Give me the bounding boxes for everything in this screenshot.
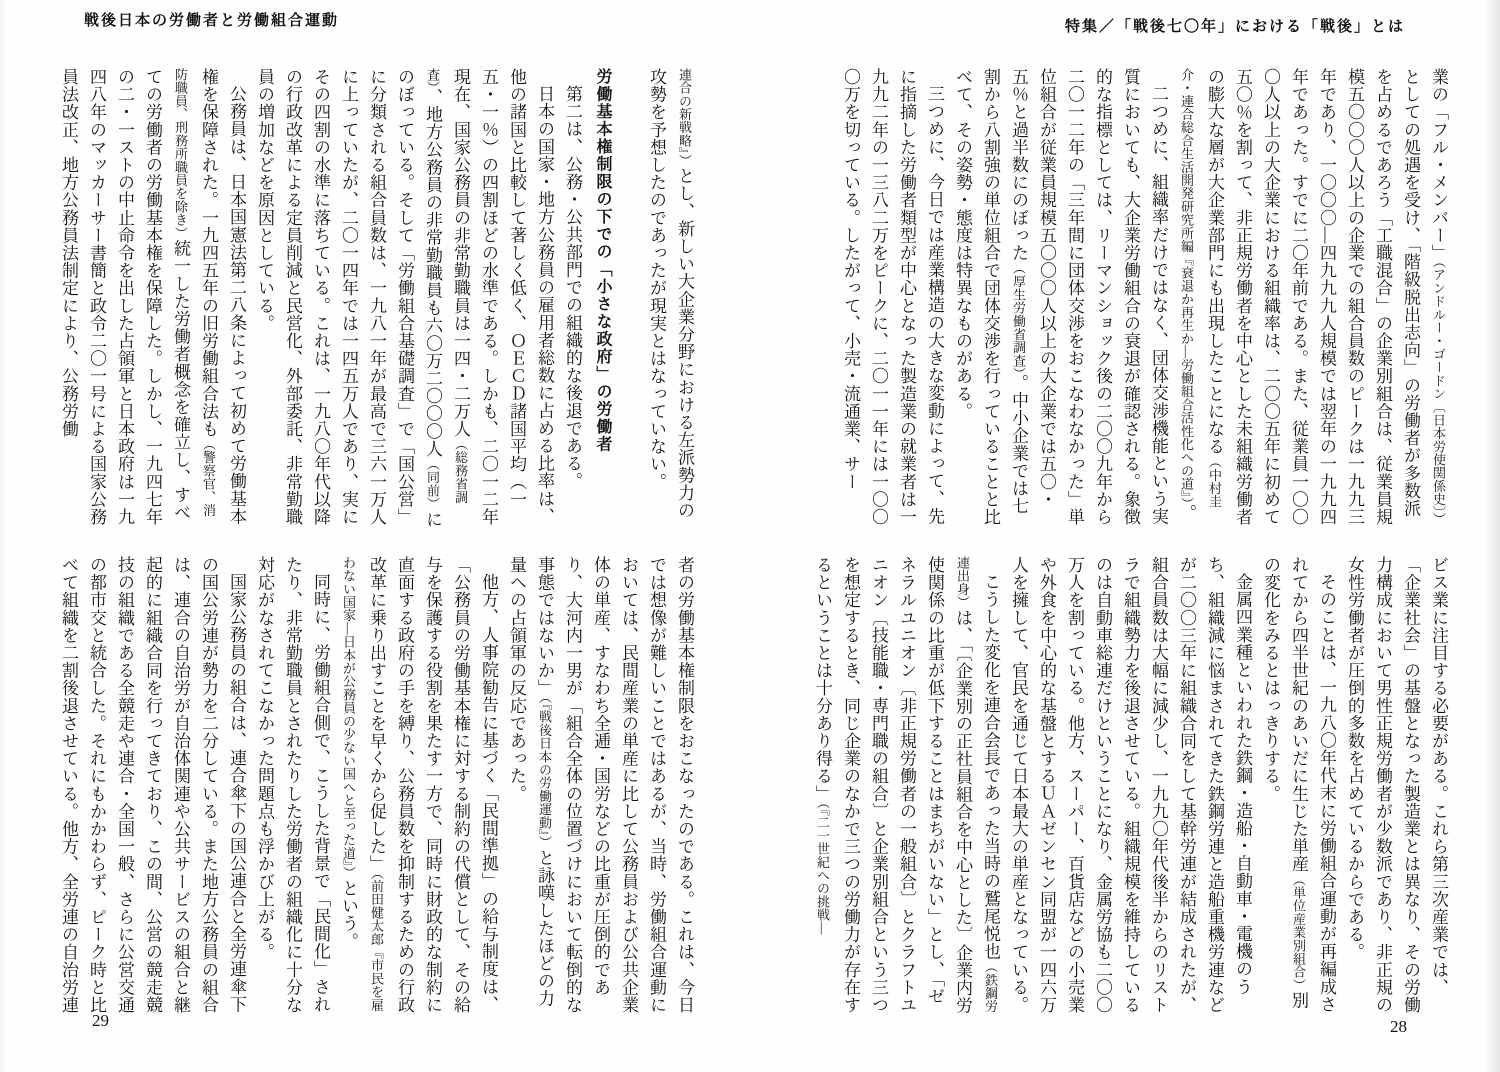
paragraph: 二つめに、組織率だけではなく、団体交渉機能という実質においても、大企業労働組合の… (948, 68, 1172, 528)
text-segment: （同前） (425, 458, 440, 511)
paragraph: そのことは、一九八〇年代末に労働組合運動が再編成されてから四半世紀のあいだに生じ… (1256, 556, 1340, 1016)
paragraph: 金属四業種といわれた鉄鋼・造船・自動車・電機のうち、組織減に悩まされてきた鉄鋼労… (1004, 556, 1256, 1016)
text-segment: 。 (1177, 504, 1196, 522)
right-page-bottom-text-block: ビス業に注目する必要がある。これら第三次産業では、「企業社会」の基盤となった製造… (808, 556, 1452, 1016)
paragraph: 日本の国家・地方公務員の雇用者総数に占める比率は、他の諸国と比較して著しく低く、… (250, 68, 558, 528)
paragraph: ビス業に注目する必要がある。これら第三次産業では、「企業社会」の基盤となった製造… (1340, 556, 1452, 1016)
right-page-top-text-block: 業の「フル・メンバー」（アンドルー・ゴードン〔日本労使関係史〕）としての処遇を受… (836, 68, 1452, 528)
page-edge-shadow-right (1484, 0, 1500, 1072)
text-segment: こうした変化を連合会長であった当時の鷲尾悦也 (981, 573, 1000, 960)
paragraph: 同時に、労働組合側で、こうした背景で「民間化」されたり、非常勤職員とされたりした… (250, 556, 334, 1016)
text-segment: 三つめに、今日では産業構造の大きな変動によって、先に指摘した労働者類型が中心とな… (841, 68, 944, 526)
text-segment: 国家公務員の組合は、連合傘下の国公連合と全労連傘下の国公労連が勢力を二分している… (59, 556, 246, 1014)
running-head-right: 特集／「戦後七〇年」における「戦後」とは (1065, 15, 1405, 36)
text-segment: 二つめに、組織率だけではなく、団体交渉機能という実質においても、大企業労働組合の… (1009, 68, 1168, 526)
text-segment: にのぼっている。そして「労働組合基礎調査」で「国公営」に分類される組合員数は、一… (255, 68, 442, 528)
text-segment: としての処遇を受け、「階級脱出志向」の労働者が多数派を占めるであろう「工職混合」… (1205, 68, 1420, 526)
text-segment: は、「〔企業別の正社員組合を中心とした〕企業内労使関係の比重が低下することはまち… (813, 556, 972, 1014)
paragraph: 国家公務員の組合は、連合傘下の国公連合と全労連傘下の国公労連が勢力を二分している… (54, 556, 250, 1016)
text-segment: （『戦後日本の労働運動』） (537, 697, 552, 849)
page-number-left: 29 (92, 1011, 109, 1031)
paragraph: 他方、人事院勧告に基づく「民間準拠」の給与制度は、「公務員の労働基本権に対する制… (334, 556, 502, 1016)
running-head-left: 戦後日本の労働者と労働組合運動 (84, 9, 339, 30)
text-segment: 統一した労働者概念を確立し、すべての労働者の労働基本権を保障した。しかし、一九四… (59, 68, 190, 526)
paragraph: 者の労働基本権制限をおこなったのである。これは、今日では想像が難しいことではある… (502, 556, 698, 1016)
text-segment: 金属四業種といわれた鉄鋼・造船・自動車・電機のうち、組織減に悩まされてきた鉄鋼労… (1009, 556, 1252, 1014)
text-segment: 同時に、労働組合側で、こうした背景で「民間化」されたり、非常勤職員とされたりした… (255, 556, 330, 1014)
text-segment: 他方、人事院勧告に基づく「民間準拠」の給与制度は、「公務員の労働基本権に対する制… (367, 556, 498, 1014)
text-segment: （『二一世紀への挑戦― (815, 802, 830, 934)
section-heading: 労働基本権制限の下での「小さな政府」の労働者 (588, 68, 616, 528)
text-segment: ビス業に注目する必要がある。これら第三次産業では、「企業社会」の基盤となった製造… (1345, 556, 1448, 1014)
text-segment: 者の労働基本権制限をおこなったのである。これは、今日では想像が難しいことではある… (535, 556, 694, 1014)
text-segment: 第二は、公務・公共部門での組織的な後退である。 (563, 85, 582, 490)
left-page-top-text-block: 連合の新戦略』）とし、新しい大企業分野における左派勢力の攻勢を予想したのであった… (54, 68, 698, 528)
paragraph: 連合の新戦略』）とし、新しい大企業分野における左派勢力の攻勢を予想したのであった… (642, 68, 698, 528)
page-edge-shadow-left (0, 0, 8, 1072)
text-segment: （アンドルー・ゴードン〔日本労使関係史〕） (1431, 262, 1446, 526)
left-page-bottom-text-block: 者の労働基本権制限をおこなったのである。これは、今日では想像が難しいことではある… (54, 556, 698, 1016)
text-segment: （厚生労働省調査） (1011, 262, 1026, 374)
text-segment: という。 (339, 880, 358, 950)
paragraph: 公務員は、日本国憲法第二八条によって初めて労働基本権を保障された。一九四五年の旧… (54, 68, 250, 528)
paragraph: 業の「フル・メンバー」（アンドルー・ゴードン〔日本労使関係史〕）としての処遇を受… (1172, 68, 1452, 528)
paragraph: こうした変化を連合会長であった当時の鷲尾悦也（鉄鋼労連出身）は、「〔企業別の正社… (808, 556, 1004, 1016)
paragraph: 第二は、公務・公共部門での組織的な後退である。 (558, 68, 586, 528)
paragraph: 三つめに、今日では産業構造の大きな変動によって、先に指摘した労働者類型が中心とな… (836, 68, 948, 528)
text-segment: 、地方公務員の非常勤職員も六〇万二〇〇〇人 (423, 88, 442, 458)
page-number-right: 28 (1390, 1017, 1407, 1037)
text-segment: 業の「フル・メンバー」 (1429, 68, 1448, 262)
text-segment: 連合の新戦略』） (677, 68, 692, 167)
text-segment: （単位産業別組合） (1291, 873, 1306, 992)
